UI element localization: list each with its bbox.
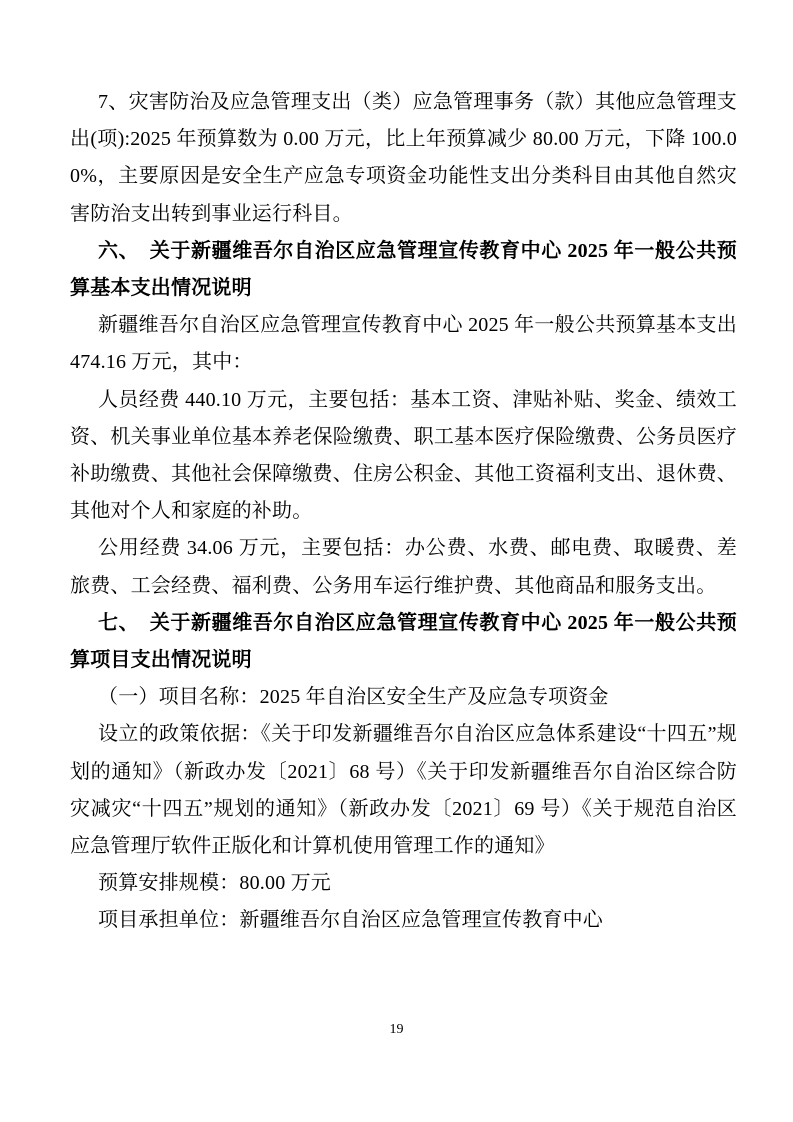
paragraph-public-funds: 公用经费 34.06 万元，主要包括：办公费、水费、邮电费、取暖费、差旅费、工会… bbox=[70, 530, 737, 604]
paragraph-basic-expenditure-total: 新疆维吾尔自治区应急管理宣传教育中心 2025 年一般公共预算基本支出 474.… bbox=[70, 307, 737, 381]
document-page: 7、灾害防治及应急管理支出（类）应急管理事务（款）其他应急管理支出(项):202… bbox=[0, 0, 793, 1122]
paragraph-budget-scale: 预算安排规模：80.00 万元 bbox=[70, 865, 737, 902]
paragraph-policy-basis: 设立的政策依据：《关于印发新疆维吾尔自治区应急体系建设“十四五”规划的通知》（新… bbox=[70, 716, 737, 865]
document-body: 7、灾害防治及应急管理支出（类）应急管理事务（款）其他应急管理支出(项):202… bbox=[70, 84, 737, 940]
paragraph-personnel-funds: 人员经费 440.10 万元，主要包括：基本工资、津贴补贴、奖金、绩效工资、机关… bbox=[70, 382, 737, 531]
paragraph-undertaking-unit: 项目承担单位：新疆维吾尔自治区应急管理宣传教育中心 bbox=[70, 902, 737, 939]
page-number: 19 bbox=[0, 1020, 793, 1040]
heading-section-six-basic-expenditure: 六、 关于新疆维吾尔自治区应急管理宣传教育中心 2025 年一般公共预算基本支出… bbox=[70, 233, 737, 307]
paragraph-item-7-disaster-prevention: 7、灾害防治及应急管理支出（类）应急管理事务（款）其他应急管理支出(项):202… bbox=[70, 84, 737, 233]
paragraph-project-name: （一）项目名称：2025 年自治区安全生产及应急专项资金 bbox=[70, 679, 737, 716]
heading-section-seven-project-expenditure: 七、 关于新疆维吾尔自治区应急管理宣传教育中心 2025 年一般公共预算项目支出… bbox=[70, 605, 737, 679]
